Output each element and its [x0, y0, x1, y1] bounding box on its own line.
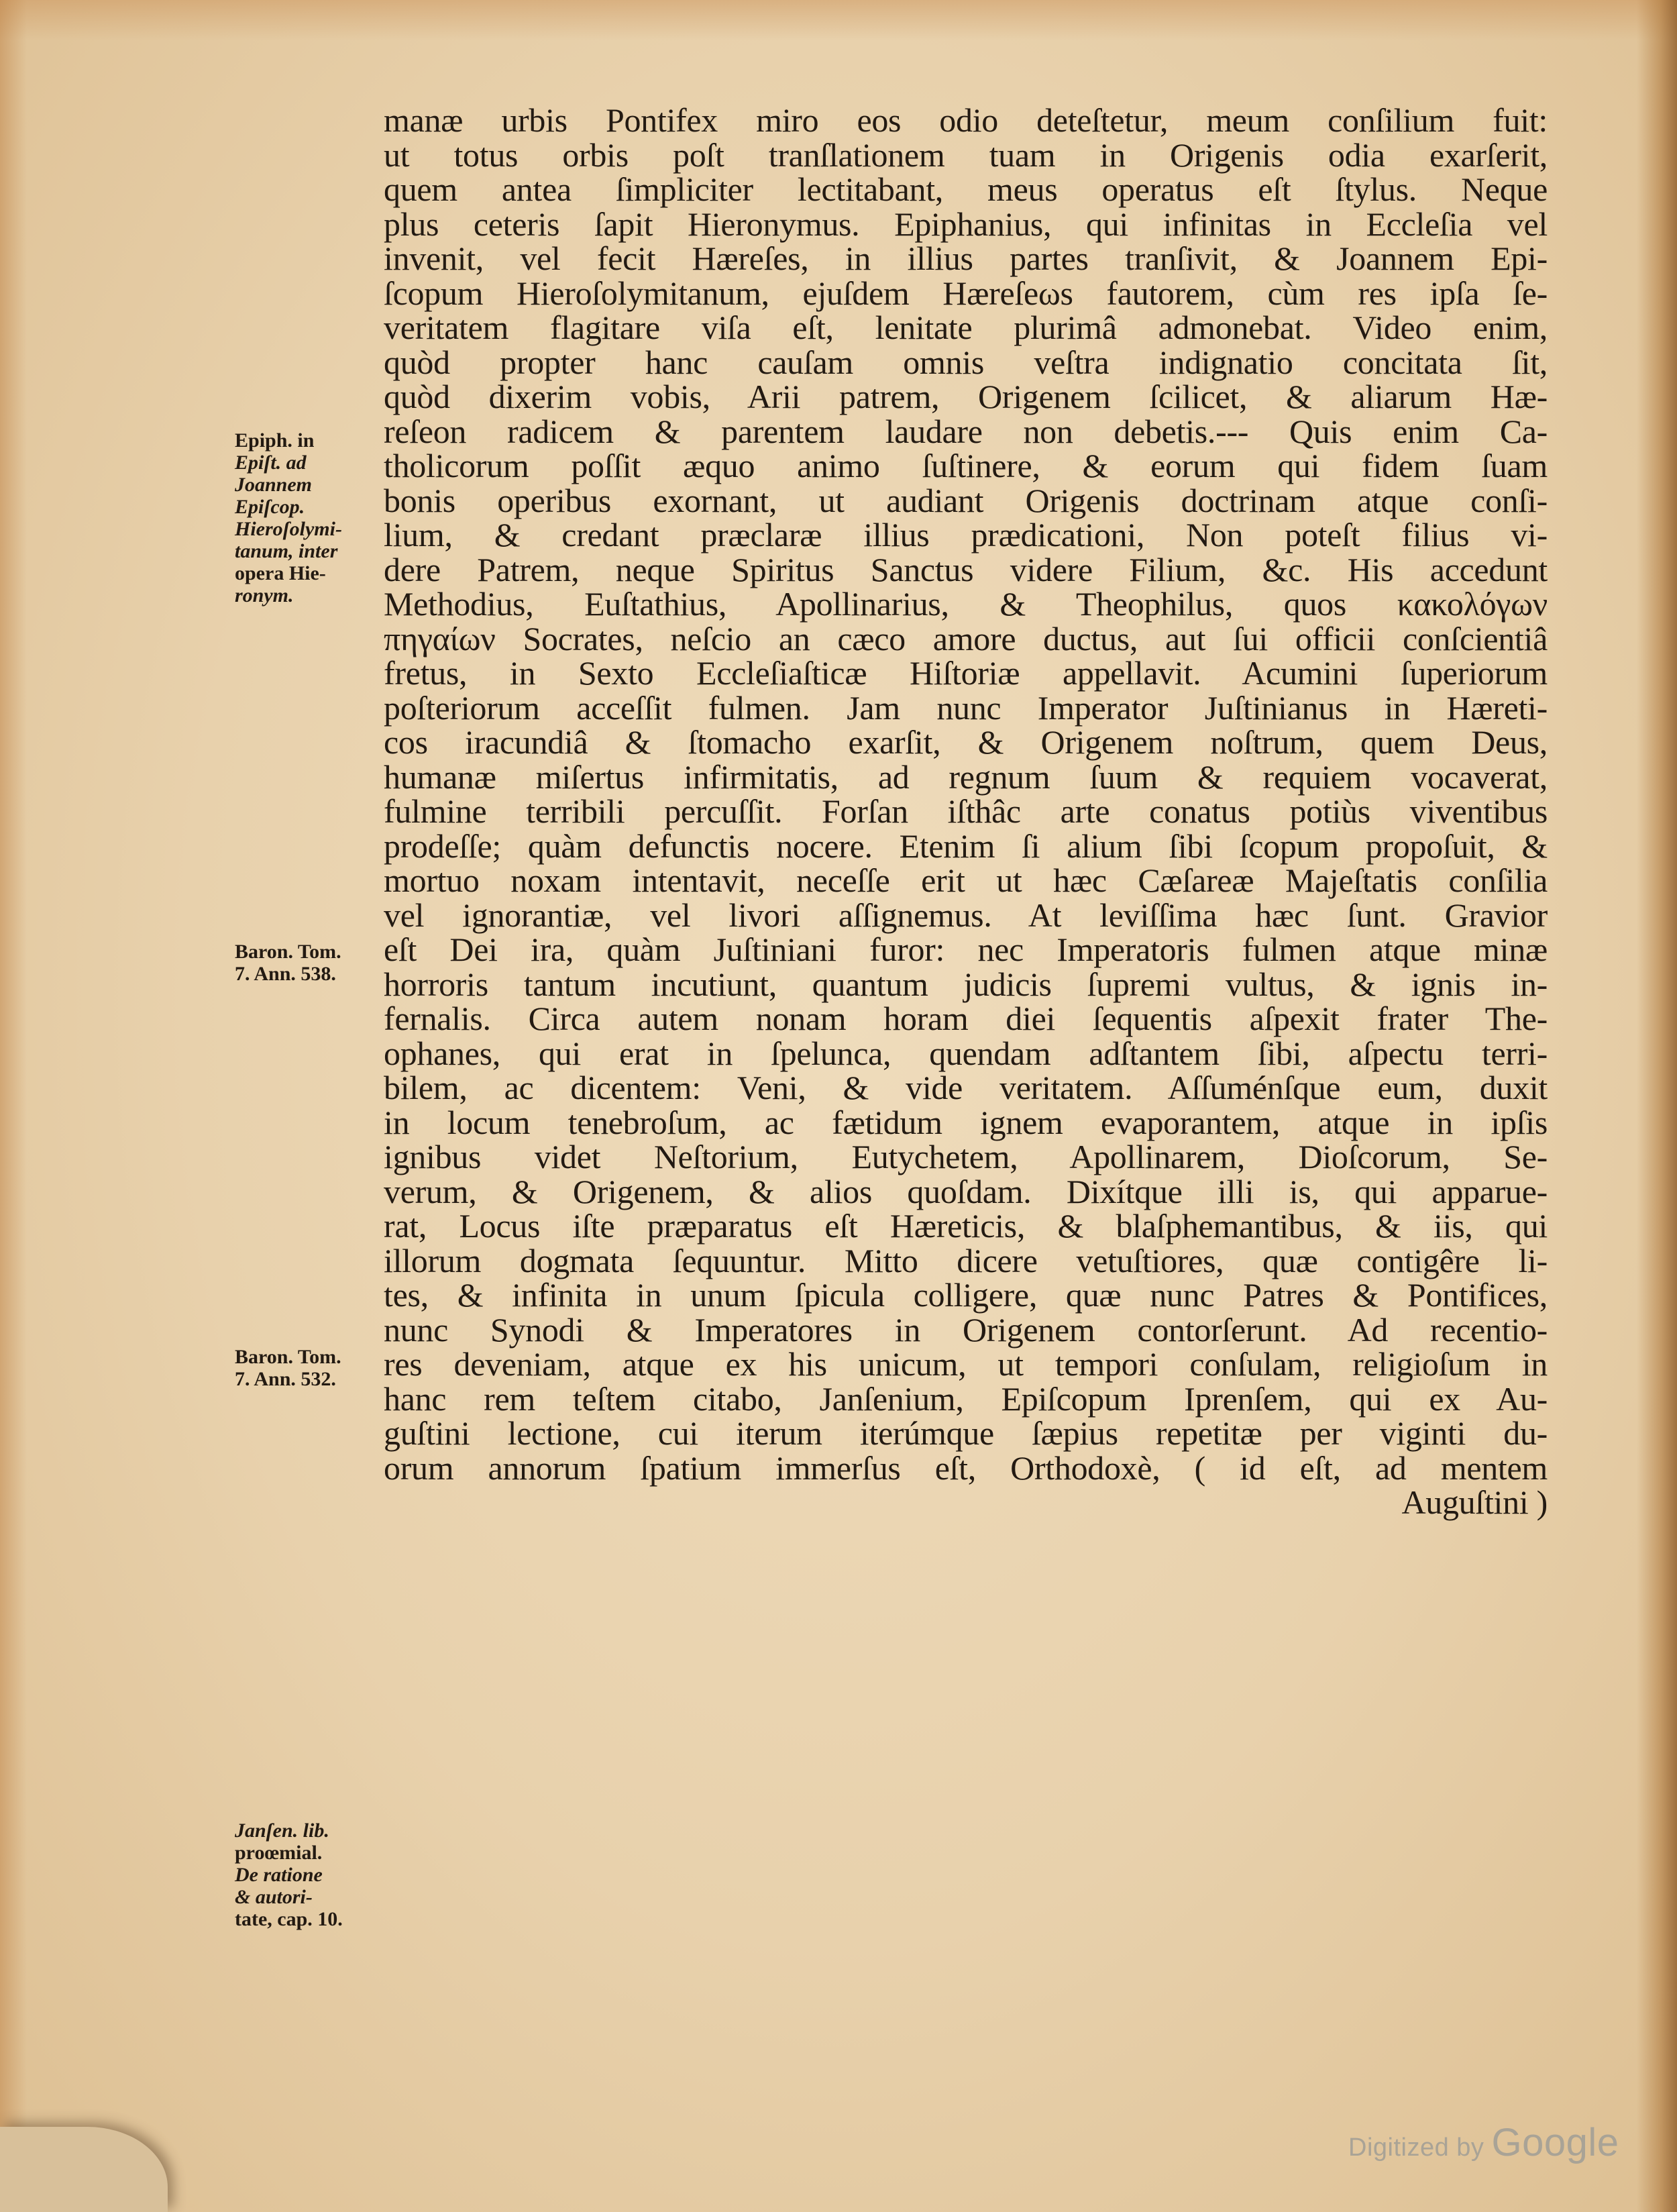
margin-note-line: Epiph. in	[235, 429, 369, 452]
text-line: fernalis. Circa autem nonam horam diei ſ…	[384, 1002, 1548, 1037]
text-line: ſcopum Hieroſolymitanum, ejuſdem Hæreſeω…	[384, 276, 1548, 311]
scanned-page: manæ urbis Pontifex miro eos odio deteſt…	[0, 0, 1677, 2212]
text-line: in locum tenebroſum, ac fætidum ignem ev…	[384, 1106, 1548, 1141]
text-line: bilem, ac dicentem: Veni, & vide veritat…	[384, 1071, 1548, 1106]
margin-note-line: Epiſt. ad	[235, 452, 369, 474]
margin-note-line: tanum, inter	[235, 540, 369, 562]
page-edge-right	[1637, 0, 1677, 2212]
text-line: res deveniam, atque ex his unicum, ut te…	[384, 1347, 1548, 1382]
margin-note-line: 7. Ann. 538.	[235, 963, 369, 985]
text-line: vel ignorantiæ, vel livori aſſignemus. A…	[384, 898, 1548, 933]
text-line: quòd dixerim vobis, Arii patrem, Origene…	[384, 380, 1548, 415]
text-line: fulmine terribili percuſſit. Forſan iſth…	[384, 794, 1548, 829]
margin-note-line: De ratione	[235, 1864, 369, 1886]
margin-note-line: ronym.	[235, 584, 369, 607]
text-line: eſt Dei ira, quàm Juſtiniani furor: nec …	[384, 933, 1548, 967]
margin-note-line: Baron. Tom.	[235, 941, 369, 963]
text-line: ignibus videt Neſtorium, Eutychetem, Apo…	[384, 1140, 1548, 1175]
text-line: hanc rem teſtem citabo, Janſenium, Epiſc…	[384, 1382, 1548, 1417]
text-line: horroris tantum incutiunt, quantum judic…	[384, 967, 1548, 1002]
text-line: guſtini lectione, cui iterum iterúmque ſ…	[384, 1416, 1548, 1451]
margin-note-baronius-532: Baron. Tom. 7. Ann. 532.	[235, 1346, 369, 1390]
margin-note-epiphanius: Epiph. in Epiſt. ad Joannem Epiſcop. Hie…	[235, 429, 369, 607]
margin-note-line: opera Hie-	[235, 562, 369, 584]
text-line: invenit, vel fecit Hæreſes, in illius pa…	[384, 242, 1548, 276]
margin-note-line: Hieroſolymi-	[235, 518, 369, 540]
text-line: ophanes, qui erat in ſpelunca, quendam a…	[384, 1037, 1548, 1071]
text-line: reſeon radicem & parentem laudare non de…	[384, 415, 1548, 450]
margin-note-baronius-538: Baron. Tom. 7. Ann. 538.	[235, 941, 369, 985]
body-text: manæ urbis Pontifex miro eos odio deteſt…	[384, 103, 1548, 1520]
text-line: manæ urbis Pontifex miro eos odio deteſt…	[384, 103, 1548, 138]
text-line: illorum dogmata ſequuntur. Mitto dicere …	[384, 1244, 1548, 1279]
text-line: dere Patrem, neque Spiritus Sanctus vide…	[384, 553, 1548, 588]
text-line: prodeſſe; quàm defunctis nocere. Etenim …	[384, 829, 1548, 864]
margin-note-line: & autori-	[235, 1886, 369, 1908]
text-line: πηγαίων Socrates, neſcio an cæco amore d…	[384, 622, 1548, 657]
text-line: ut totus orbis poſt tranſlationem tuam i…	[384, 138, 1548, 173]
text-line: humanæ miſertus infirmitatis, ad regnum …	[384, 760, 1548, 795]
text-line: orum annorum ſpatium immerſus eſt, Ortho…	[384, 1451, 1548, 1486]
text-line: tholicorum poſſit æquo animo ſuſtinere, …	[384, 449, 1548, 484]
margin-note-line: Epiſcop.	[235, 496, 369, 518]
text-line: poſteriorum acceſſit fulmen. Jam nunc Im…	[384, 691, 1548, 726]
margin-note-line: Baron. Tom.	[235, 1346, 369, 1368]
text-line: cos iracundiâ & ſtomacho exarſit, & Orig…	[384, 725, 1548, 760]
text-line: verum, & Origenem, & alios quoſdam. Dixí…	[384, 1175, 1548, 1210]
margin-note-jansenius: Janſen. lib. proœmial. De ratione & auto…	[235, 1820, 369, 1930]
text-line-final: Auguſtini )	[384, 1485, 1548, 1520]
text-line: fretus, in Sexto Eccleſiaſticæ Hiſtoriæ …	[384, 656, 1548, 691]
page-edge-left	[0, 0, 27, 2212]
torn-page-corner	[0, 2127, 168, 2212]
text-line: quem antea ſimpliciter lectitabant, meus…	[384, 172, 1548, 207]
margin-note-line: proœmial.	[235, 1842, 369, 1864]
digitized-by-google-watermark: Digitized by Google	[1348, 2120, 1619, 2165]
margin-note-line: tate, cap. 10.	[235, 1908, 369, 1930]
text-line: bonis operibus exornant, ut audiant Orig…	[384, 484, 1548, 519]
text-line: mortuo noxam intentavit, neceſſe erit ut…	[384, 863, 1548, 898]
margin-note-line: 7. Ann. 532.	[235, 1368, 369, 1390]
text-line: rat, Locus iſte præparatus eſt Hæreticis…	[384, 1209, 1548, 1244]
text-line: quòd propter hanc cauſam omnis veſtra in…	[384, 346, 1548, 380]
text-line: Methodius, Euſtathius, Apollinarius, & T…	[384, 587, 1548, 622]
text-line: plus ceteris ſapit Hieronymus. Epiphaniu…	[384, 207, 1548, 242]
margin-note-line: Joannem	[235, 474, 369, 496]
text-line: lium, & credant præclaræ illius prædicat…	[384, 518, 1548, 553]
page-edge-top	[0, 0, 1677, 40]
watermark-prefix: Digitized by	[1348, 2134, 1484, 2162]
text-line: tes, & infinita in unum ſpicula colliger…	[384, 1278, 1548, 1313]
text-line: veritatem flagitare viſa eſt, lenitate p…	[384, 311, 1548, 346]
margin-note-line: Janſen. lib.	[235, 1820, 369, 1842]
text-line: nunc Synodi & Imperatores in Origenem co…	[384, 1313, 1548, 1348]
watermark-brand: Google	[1491, 2121, 1619, 2164]
